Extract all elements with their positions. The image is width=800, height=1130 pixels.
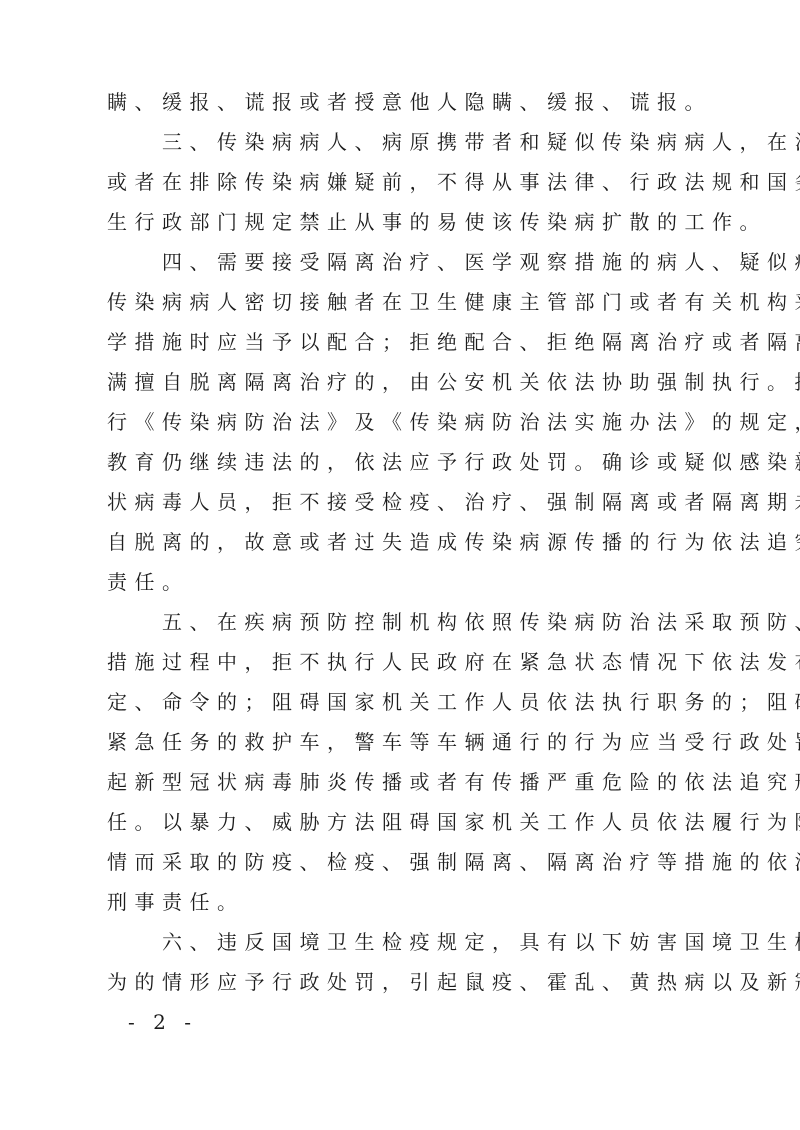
text-line: 状病毒人员，拒不接受检疫、治疗、强制隔离或者隔离期未满擅 [107,482,717,522]
text-line: 刑事责任。 [107,882,717,922]
document-page: 瞒、缓报、谎报或者授意他人隐瞒、缓报、谎报。 三、传染病病人、病原携带者和疑似传… [0,0,800,1130]
text-line: 瞒、缓报、谎报或者授意他人隐瞒、缓报、谎报。 [107,82,717,122]
paragraph-3-start: 三、传染病病人、病原携带者和疑似传染病病人，在治愈前 [107,122,717,162]
text-line: 传染病病人密切接触者在卫生健康主管部门或者有关机构采取医 [107,282,717,322]
paragraph-6-start: 六、违反国境卫生检疫规定，具有以下妨害国境卫生检疫行 [107,922,717,962]
text-line: 措施过程中，拒不执行人民政府在紧急状态情况下依法发布的决 [107,642,717,682]
document-body: 瞒、缓报、谎报或者授意他人隐瞒、缓报、谎报。 三、传染病病人、病原携带者和疑似传… [107,82,717,1002]
text-line: 为的情形应予行政处罚，引起鼠疫、霍乱、黄热病以及新冠肺炎 [107,962,717,1002]
text-line: 学措施时应当予以配合；拒绝配合、拒绝隔离治疗或者隔离期未 [107,322,717,362]
text-line: 行《传染病防治法》及《传染病防治法实施办法》的规定，屡经 [107,402,717,442]
text-line: 生行政部门规定禁止从事的易使该传染病扩散的工作。 [107,202,717,242]
text-line: 定、命令的；阻碍国家机关工作人员依法执行职务的；阻碍执行 [107,682,717,722]
text-line: 情而采取的防疫、检疫、强制隔离、隔离治疗等措施的依法追究 [107,842,717,882]
text-line: 责任。 [107,562,717,602]
paragraph-5-start: 五、在疾病预防控制机构依照传染病防治法采取预防、控制 [107,602,717,642]
text-line: 任。以暴力、威胁方法阻碍国家机关工作人员依法履行为防控疫 [107,802,717,842]
text-line: 紧急任务的救护车，警车等车辆通行的行为应当受行政处罚，引 [107,722,717,762]
text-line: 满擅自脱离隔离治疗的，由公安机关依法协助强制执行。拒绝执 [107,362,717,402]
text-line: 教育仍继续违法的，依法应予行政处罚。确诊或疑似感染新型冠 [107,442,717,482]
text-line: 起新型冠状病毒肺炎传播或者有传播严重危险的依法追究刑事责 [107,762,717,802]
page-number: - 2 - [128,1010,197,1034]
text-line: 或者在排除传染病嫌疑前，不得从事法律、行政法规和国务院卫 [107,162,717,202]
paragraph-4-start: 四、需要接受隔离治疗、医学观察措施的病人、疑似病人和 [107,242,717,282]
text-line: 自脱离的，故意或者过失造成传染病源传播的行为依法追究刑事 [107,522,717,562]
